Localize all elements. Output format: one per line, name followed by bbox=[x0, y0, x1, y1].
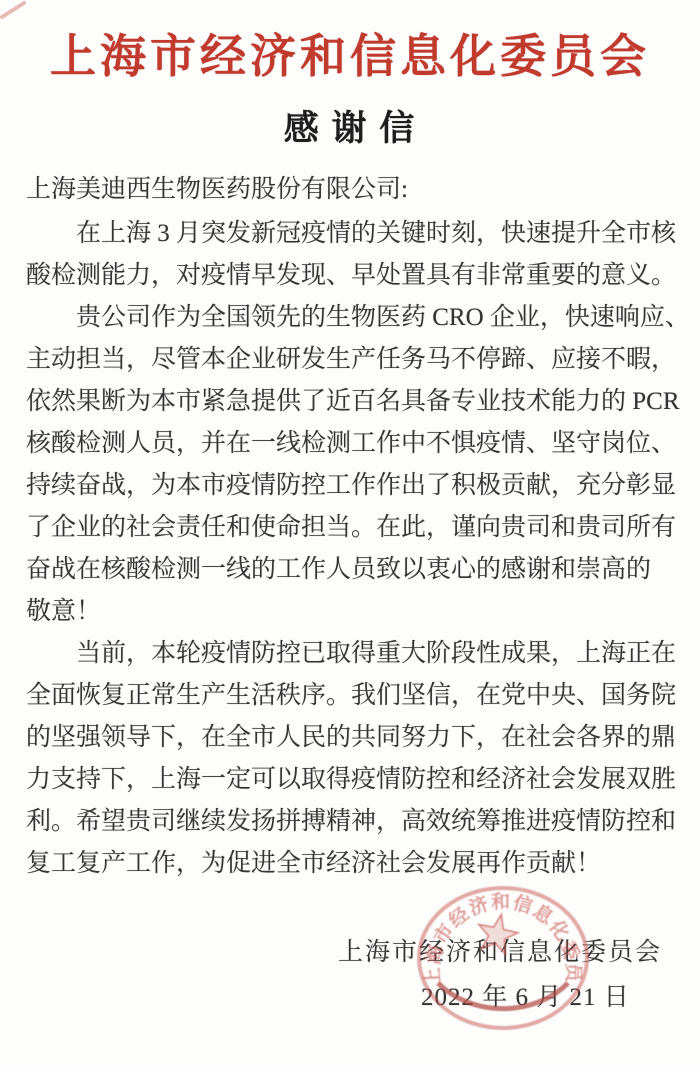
body-line: 持续奋战，为本市疫情防控工作作出了积极贡献，充分彰显 bbox=[26, 465, 676, 507]
body-line: 贵公司作为全国领先的生物医药 CRO 企业，快速响应、 bbox=[26, 297, 676, 339]
body-line: 依然果断为本市紧急提供了近百名具备专业技术能力的 PCR bbox=[26, 381, 676, 423]
date-line: 2022 年 6 月 21 日 bbox=[421, 977, 630, 1019]
body-line: 酸检测能力，对疫情早发现、早处置具有非常重要的意义。 bbox=[26, 255, 676, 297]
body-line: 奋战在核酸检测一线的工作人员致以衷心的感谢和崇高的 bbox=[26, 549, 676, 591]
body-line: 力支持下，上海一定可以取得疫情防控和经济社会发展双胜 bbox=[26, 759, 676, 801]
body-line: 利。希望贵司继续发扬拼搏精神，高效统筹推进疫情防控和 bbox=[26, 801, 676, 843]
salutation-line: 上海美迪西生物医药股份有限公司: bbox=[26, 169, 408, 211]
body-line: 的坚强领导下，在全市人民的共同努力下，在社会各界的鼎 bbox=[26, 717, 676, 759]
body-line: 核酸检测人员，并在一线检测工作中不惧疫情、坚守岗位、 bbox=[26, 423, 676, 465]
body-line: 全面恢复正常生产生活秩序。我们坚信，在党中央、国务院 bbox=[26, 675, 676, 717]
signature-line: 上海市经济和信息化委员会 bbox=[338, 932, 662, 974]
document-heading: 感 谢 信 bbox=[0, 101, 700, 151]
body-line: 敬意！ bbox=[26, 591, 676, 633]
body-line: 复工复产工作，为促进全市经济社会发展再作贡献！ bbox=[26, 843, 676, 885]
letter-page: 上海市经济和信息化委员会 感 谢 信 上海美迪西生物医药股份有限公司: 在上海 … bbox=[0, 0, 700, 1066]
letter-body: 在上海 3 月突发新冠疫情的关键时刻，快速提升全市核 酸检测能力，对疫情早发现、… bbox=[26, 213, 676, 885]
corner-red-mark-icon bbox=[0, 0, 34, 22]
body-line: 当前，本轮疫情防控已取得重大阶段性成果，上海正在 bbox=[26, 633, 676, 675]
body-line: 了企业的社会责任和使命担当。在此，谨向贵司和贵司所有 bbox=[26, 507, 676, 549]
letterhead-title: 上海市经济和信息化委员会 bbox=[0, 20, 700, 86]
body-line: 主动担当，尽管本企业研发生产任务马不停蹄、应接不暇， bbox=[26, 339, 676, 381]
body-line: 在上海 3 月突发新冠疫情的关键时刻，快速提升全市核 bbox=[26, 213, 676, 255]
